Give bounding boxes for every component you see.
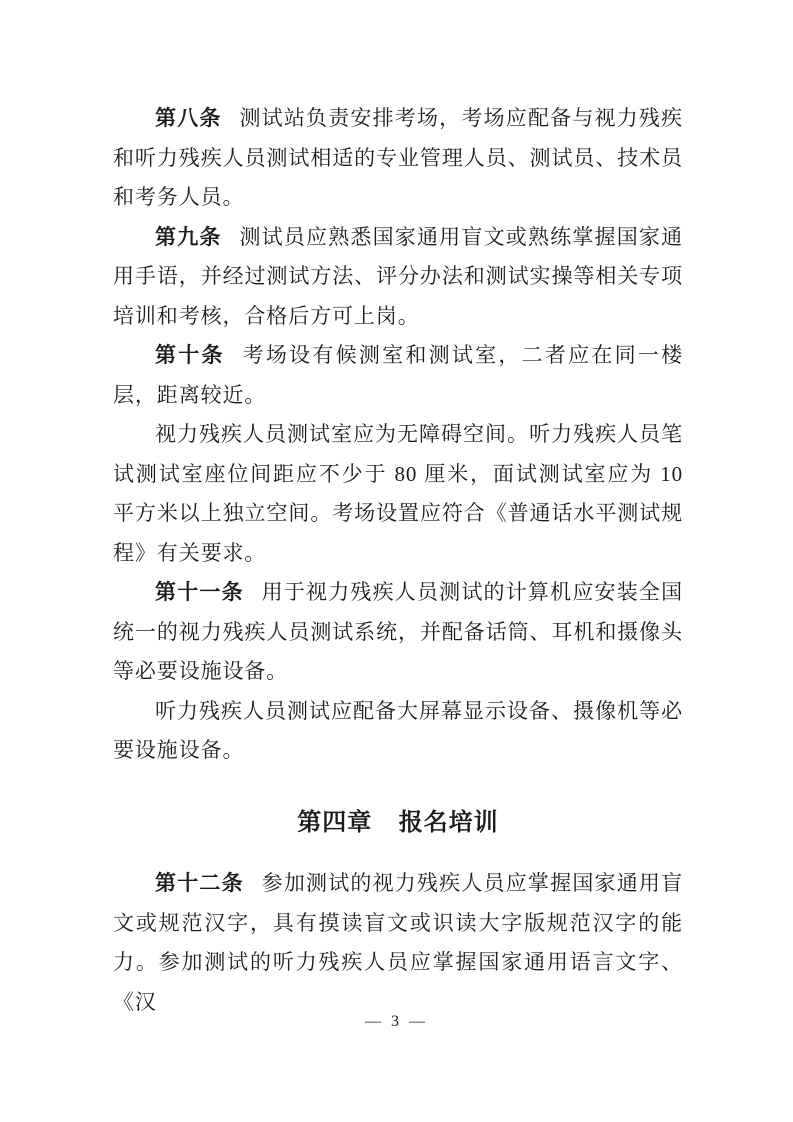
article-number: 第十二条 — [155, 871, 244, 895]
chapter-heading: 第四章报名培训 — [113, 803, 683, 843]
article-number: 第十一条 — [155, 580, 244, 604]
article-text: 视力残疾人员测试室应为无障碍空间。听力残疾人员笔试测试室座位间距应不少于 80 … — [113, 422, 683, 565]
article-number: 第九条 — [155, 225, 222, 249]
article-paragraph: 第九条测试员应熟悉国家通用盲文或熟练掌握国家通用手语，并经过测试方法、评分办法和… — [113, 218, 683, 337]
chapter-number: 第四章 — [297, 809, 372, 836]
chapter-title: 报名培训 — [399, 809, 499, 836]
article-paragraph: 听力残疾人员测试应配备大屏幕显示设备、摄像机等必要设施设备。 — [113, 692, 683, 771]
article-paragraph: 第八条测试站负责安排考场，考场应配备与视力残疾和听力残疾人员测试相适的专业管理人… — [113, 99, 683, 218]
page-number: — 3 — — [0, 1012, 793, 1032]
article-paragraph: 视力残疾人员测试室应为无障碍空间。听力残疾人员笔试测试室座位间距应不少于 80 … — [113, 415, 683, 573]
document-page: 第八条测试站负责安排考场，考场应配备与视力残疾和听力残疾人员测试相适的专业管理人… — [0, 0, 793, 1122]
document-body: 第八条测试站负责安排考场，考场应配备与视力残疾和听力残疾人员测试相适的专业管理人… — [113, 99, 683, 1022]
article-number: 第八条 — [155, 106, 222, 130]
article-text: 听力残疾人员测试应配备大屏幕显示设备、摄像机等必要设施设备。 — [113, 699, 683, 763]
article-number: 第十条 — [155, 343, 225, 367]
article-paragraph: 第十二条参加测试的视力残疾人员应掌握国家通用盲文或规范汉字，具有摸读盲文或识读大… — [113, 864, 683, 1022]
article-paragraph: 第十一条用于视力残疾人员测试的计算机应安装全国统一的视力残疾人员测试系统，并配备… — [113, 573, 683, 692]
article-paragraph: 第十条考场设有候测室和测试室，二者应在同一楼层，距离较近。 — [113, 336, 683, 415]
